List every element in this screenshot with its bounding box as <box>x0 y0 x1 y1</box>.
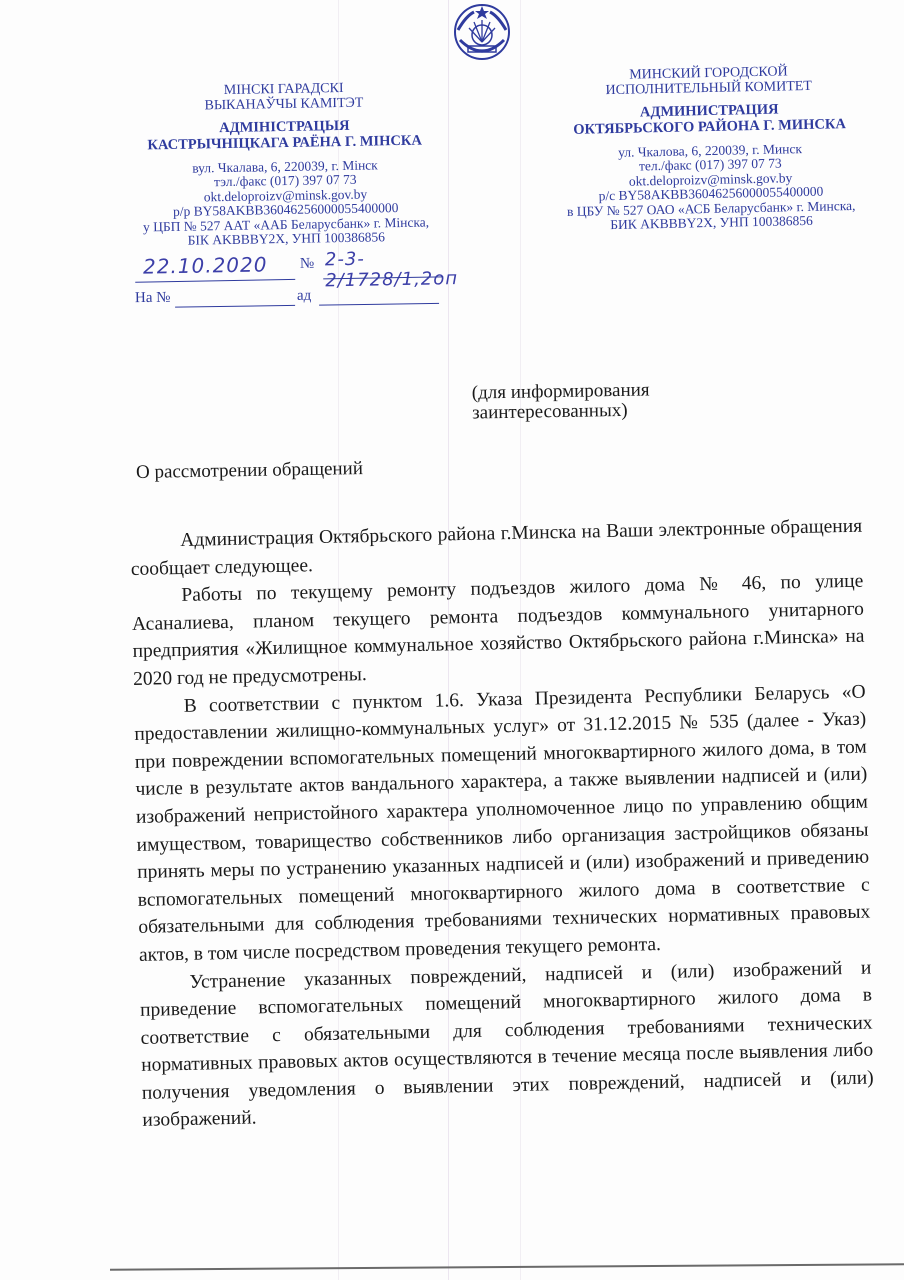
addressee: (для информирования заинтересованных) <box>472 380 650 423</box>
page-edge-line <box>110 1263 904 1271</box>
paragraph: Работы по текущему ремонту подъездов жил… <box>131 568 865 694</box>
paragraph: Устранение указанных повреждений, надпис… <box>139 954 874 1135</box>
belarus-state-emblem-icon <box>452 2 512 64</box>
ref-label: На № <box>135 290 171 307</box>
letterhead-russian: МИНСКИЙ ГОРОДСКОЙ ИСПОЛНИТЕЛЬНЫЙ КОМИТЕТ… <box>543 63 876 235</box>
handwritten-number: 2-3-2/1728/1,2оп <box>325 247 459 291</box>
number-label: № <box>300 256 315 273</box>
paragraph: В соответствии с пунктом 1.6. Указа През… <box>133 678 871 969</box>
addressee-line: заинтересованных) <box>472 400 650 423</box>
admin-name: КАСТРЫЧНІЦКАГА РАЁНА Г. МІНСКА <box>130 133 440 154</box>
handwritten-date: 22.10.2020 <box>143 252 268 278</box>
letter-body: Администрация Октябрьского района г.Минс… <box>130 513 875 1135</box>
subject-heading: О рассмотрении обращений <box>136 458 363 484</box>
registration-line: 22.10.2020 № 2-3-2/1728/1,2оп <box>135 249 445 282</box>
reference-line: На № ад <box>135 286 445 312</box>
ref-from-label: ад <box>297 288 312 305</box>
letterhead-belarusian: МІНСКІ ГАРАДСКІ ВЫКАНАЎЧЫ КАМІТЭТ АДМІНІ… <box>129 79 442 249</box>
